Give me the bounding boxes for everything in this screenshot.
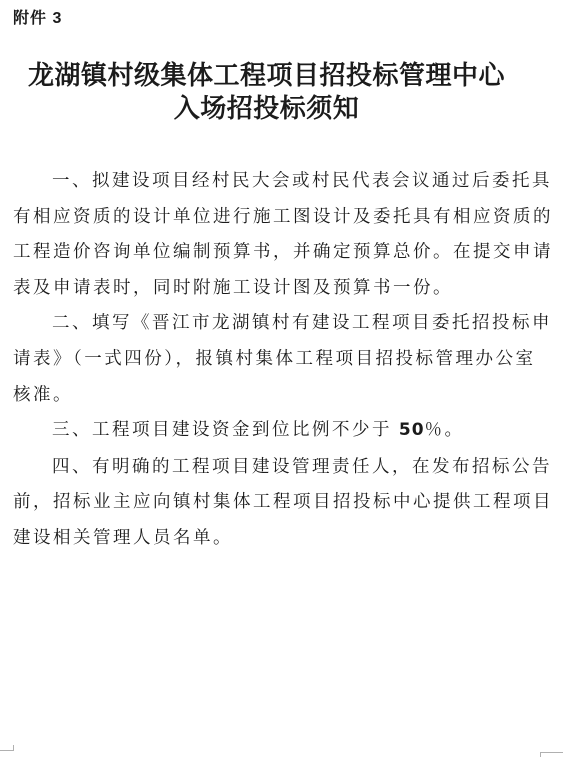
document-title: 龙湖镇村级集体工程项目招投标管理中心 入场招投标须知 [20,59,513,125]
line-8-suffix: ％。 [425,419,465,439]
body-text-line: 前，招标业主应向镇村集体工程项目招投标中心提供工程项目 [13,484,557,520]
body-text-line: 一、拟建设项目经村民大会或村民代表会议通过后委托具 [13,163,557,199]
body-text-line: 四、有明确的工程项目建设管理责任人，在发布招标公告 [13,449,557,485]
body-text-line: 建设相关管理人员名单。 [13,520,557,556]
margin-mark-bottom-right [540,752,563,757]
attachment-label: 附件 3 [13,5,62,28]
margin-mark-bottom-left [0,745,14,751]
body-text-line: 工程造价咨询单位编制预算书，并确定预算总价。在提交申请 [13,234,557,270]
body-text-line: 二、填写《晋江市龙湖镇村有建设工程项目委托招投标申 [13,305,557,341]
line-8-prefix: 三、工程项目建设资金到位比例不少于 [52,419,399,439]
document-page: 附件 3 龙湖镇村级集体工程项目招投标管理中心 入场招投标须知 一、拟建设项目经… [0,0,567,758]
percentage-value: 50 [399,420,425,440]
body-text-line: 有相应资质的设计单位进行施工图设计及委托具有相应资质的 [13,199,557,235]
body-text-line: 请表》（一式四份），报镇村集体工程项目招投标管理办公室 [13,341,557,377]
body-text-line: 核准。 [13,377,557,413]
document-title-line-1: 龙湖镇村级集体工程项目招投标管理中心 [20,59,513,92]
body-text-line: 三、工程项目建设资金到位比例不少于 50％。 [13,412,557,449]
body-text-line: 表及申请表时，同时附施工设计图及预算书一份。 [13,270,557,306]
document-title-line-2: 入场招投标须知 [20,92,513,125]
document-body: 一、拟建设项目经村民大会或村民代表会议通过后委托具 有相应资质的设计单位进行施工… [13,163,557,556]
